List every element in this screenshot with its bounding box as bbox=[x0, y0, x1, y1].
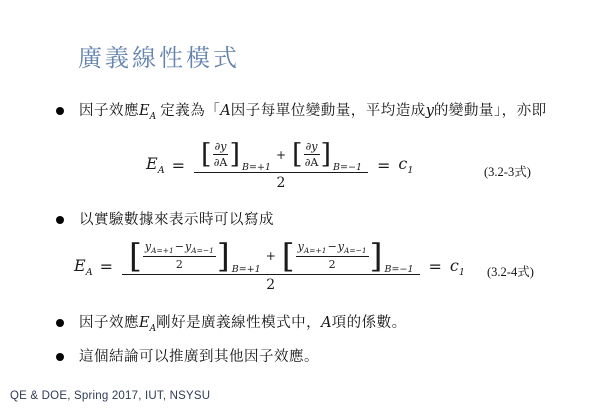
eq2-main-fraction: [ yA=+1−yA=−1 2 ] B=+1 + [ yA=+1−yA=−1 2… bbox=[122, 240, 419, 293]
right-bracket: ] bbox=[320, 142, 333, 168]
eq1-term1: [ ∂y ∂A ] B=+1 bbox=[200, 140, 271, 169]
eq1-term2-num: ∂y bbox=[304, 140, 320, 155]
eq2-term1-fraction: yA=+1−yA=−1 2 bbox=[143, 240, 216, 271]
eq2-lhs: EA bbox=[74, 256, 93, 278]
eq1-term1-partial-fraction: ∂y ∂A bbox=[213, 140, 229, 169]
bullet-item-4: 這個結論可以推廣到其他因子效應。 bbox=[56, 348, 319, 366]
right-bracket: ] bbox=[216, 240, 231, 271]
eq1-term1-num: ∂y bbox=[213, 140, 229, 155]
eq1-numerator: [ ∂y ∂A ] B=+1 + [ ∂y ∂A ] B=−1 bbox=[194, 140, 368, 173]
eq2-term2-num: yA=+1−yA=−1 bbox=[296, 240, 369, 257]
bullet-icon bbox=[56, 353, 64, 361]
eq1-term2-subscript: B=−1 bbox=[333, 162, 362, 173]
equation-label-3-2-4: (3.2-4式) bbox=[487, 262, 534, 280]
bullet-icon bbox=[56, 216, 64, 224]
eq2-term2-fraction: yA=+1−yA=−1 2 bbox=[296, 240, 369, 271]
bullet-4-text: 這個結論可以推廣到其他因子效應。 bbox=[79, 348, 319, 366]
b1-seg1: 因子效應 bbox=[79, 103, 139, 119]
eq2-numerator: [ yA=+1−yA=−1 2 ] B=+1 + [ yA=+1−yA=−1 2… bbox=[122, 240, 419, 275]
bullet-item-3: 因子效應EA剛好是廣義線性模式中，A項的係數。 bbox=[56, 314, 407, 338]
eq2-denominator: 2 bbox=[266, 275, 275, 293]
eq1-equals: = bbox=[172, 156, 185, 175]
eq2-term2-subscript: B=−1 bbox=[385, 264, 414, 275]
right-bracket: ] bbox=[369, 240, 384, 271]
eq2-term2: [ yA=+1−yA=−1 2 ] B=−1 bbox=[281, 240, 414, 271]
eq1-lhs: EA bbox=[146, 154, 165, 176]
eq1-term2-den: ∂A bbox=[305, 155, 319, 169]
eq1-denominator: 2 bbox=[277, 173, 286, 191]
eq2-term1-num: yA=+1−yA=−1 bbox=[143, 240, 216, 257]
bullet-item-2: 以實驗數據來表示時可以寫成 bbox=[56, 211, 274, 229]
eq2-equals: = bbox=[100, 257, 113, 276]
equation-label-3-2-3: (3.2-3式) bbox=[484, 162, 531, 180]
left-bracket: [ bbox=[281, 240, 296, 271]
footer-credit: QE & DOE, Spring 2017, IUT, NSYSU bbox=[10, 390, 210, 402]
left-bracket: [ bbox=[200, 142, 213, 168]
eq1-term1-den: ∂A bbox=[214, 155, 228, 169]
b3-seg1: 因子效應 bbox=[79, 315, 139, 331]
b3-seg3: 項的係數。 bbox=[332, 315, 407, 331]
eq1-term2-partial-fraction: ∂y ∂A bbox=[304, 140, 320, 169]
eq2-term1-subscript: B=+1 bbox=[232, 264, 261, 275]
bullet-1-text: 因子效應EA 定義為「A因子每單位變動量，平均造成y的變動量」，亦即 bbox=[79, 102, 547, 126]
slide-title: 廣義線性模式 bbox=[78, 38, 240, 73]
equation-3-2-4: EA = [ yA=+1−yA=−1 2 ] B=+1 + [ yA=+1−yA bbox=[74, 240, 465, 293]
equation-3-2-3: EA = [ ∂y ∂A ] B=+1 + [ ∂y ∂ bbox=[146, 140, 413, 191]
right-bracket: ] bbox=[228, 142, 241, 168]
eq1-rhs: c1 bbox=[398, 154, 413, 176]
bullet-icon bbox=[56, 319, 64, 327]
eq1-equals-2: = bbox=[377, 156, 390, 175]
slide: 廣義線性模式 因子效應EA 定義為「A因子每單位變動量，平均造成y的變動量」，亦… bbox=[0, 0, 595, 420]
b1-seg4: 的變動量」，亦即 bbox=[434, 103, 547, 119]
eq1-plus: + bbox=[276, 148, 286, 162]
b1-var-EA: EA bbox=[139, 103, 156, 119]
b1-var-y: y bbox=[426, 103, 434, 119]
eq2-equals-2: = bbox=[429, 257, 442, 276]
b3-var-A: A bbox=[321, 315, 331, 331]
eq1-term2: [ ∂y ∂A ] B=−1 bbox=[291, 140, 362, 169]
eq2-term1-den: 2 bbox=[176, 257, 183, 271]
b1-seg2: 定義為「 bbox=[156, 103, 220, 119]
eq2-plus: + bbox=[266, 249, 276, 263]
bullet-item-1: 因子效應EA 定義為「A因子每單位變動量，平均造成y的變動量」，亦即 bbox=[56, 102, 547, 126]
eq2-term2-den: 2 bbox=[329, 257, 336, 271]
left-bracket: [ bbox=[128, 240, 143, 271]
bullet-3-text: 因子效應EA剛好是廣義線性模式中，A項的係數。 bbox=[79, 314, 407, 338]
eq2-term1: [ yA=+1−yA=−1 2 ] B=+1 bbox=[128, 240, 261, 271]
b3-var-EA: EA bbox=[139, 315, 156, 331]
bullet-2-text: 以實驗數據來表示時可以寫成 bbox=[79, 211, 274, 229]
b1-var-A: A bbox=[220, 103, 230, 119]
b3-seg2: 剛好是廣義線性模式中， bbox=[156, 315, 321, 331]
eq2-rhs: c1 bbox=[450, 256, 465, 278]
b1-seg3: 因子每單位變動量，平均造成 bbox=[231, 103, 426, 119]
bullet-icon bbox=[56, 107, 64, 115]
left-bracket: [ bbox=[291, 142, 304, 168]
eq1-term1-subscript: B=+1 bbox=[242, 162, 271, 173]
eq1-main-fraction: [ ∂y ∂A ] B=+1 + [ ∂y ∂A ] B=−1 bbox=[194, 140, 368, 191]
